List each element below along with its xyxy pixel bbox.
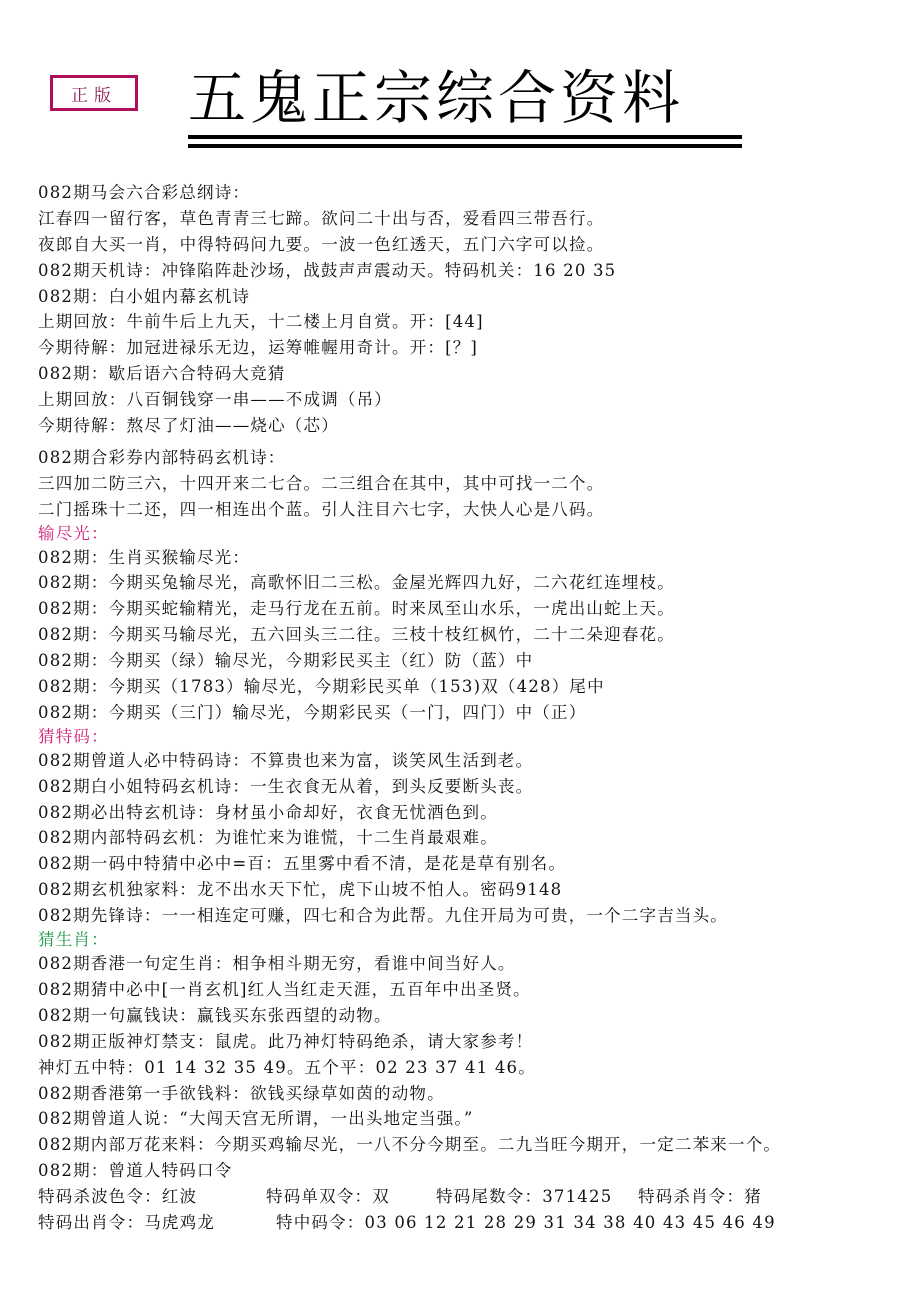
section-heading-guess-code: 猜特码： bbox=[38, 726, 888, 748]
block-internal-poem: 082期合彩券内部特码玄机诗： 三四加二防三六，十四开来二七合。二三组合在其中，… bbox=[38, 445, 888, 523]
text-line: 082期先锋诗：一一相连定可赚，四七和合为此帮。九住开局为可贵，一个二字吉当头。 bbox=[38, 903, 888, 929]
text-line: 今期待解：熬尽了灯油——烧心（芯） bbox=[38, 413, 888, 439]
text-line: 三四加二防三六，十四开来二七合。二三组合在其中，其中可找一二个。 bbox=[38, 471, 888, 497]
text-line: 082期：白小姐内幕玄机诗 bbox=[38, 284, 888, 310]
page-title: 五鬼正宗综合资料 bbox=[188, 62, 748, 134]
password-zodiac-out: 特码出肖令：马虎鸡龙 bbox=[38, 1210, 276, 1236]
text-line: 082期：今期买蛇输精光，走马行龙在五前。时来凤至山水乐，一虎出山蛇上天。 bbox=[38, 596, 888, 622]
section-lose: 输尽光： 082期：生肖买猴输尽光： 082期：今期买兔输尽光，高歌怀旧二三松。… bbox=[38, 523, 888, 726]
text-line: 082期：今期买（绿）输尽光，今期彩民买主（红）防（蓝）中 bbox=[38, 648, 888, 674]
section-heading-lose: 输尽光： bbox=[38, 523, 888, 545]
text-line: 082期白小姐特码玄机诗：一生衣食无从着，到头反要断头丧。 bbox=[38, 774, 888, 800]
title-underline-top bbox=[188, 135, 742, 139]
text-line: 082期：今期买（三门）输尽光，今期彩民买（一门，四门）中（正） bbox=[38, 700, 888, 726]
text-line: 082期曾道人说：“大闯天宫无所谓，一出头地定当强。” bbox=[38, 1106, 888, 1132]
text-line: 082期正版神灯禁支：鼠虎。此乃神灯特码绝杀，请大家参考！ bbox=[38, 1029, 888, 1055]
text-line: 082期：曾道人特码口令 bbox=[38, 1158, 888, 1184]
section-heading-guess-zodiac: 猜生肖： bbox=[38, 929, 888, 951]
text-line: 082期内部特码玄机：为谁忙来为谁慌，十二生肖最艰难。 bbox=[38, 825, 888, 851]
password-row: 特码出肖令：马虎鸡龙 特中码令：03 06 12 21 28 29 31 34 … bbox=[38, 1210, 888, 1236]
text-line: 二门摇珠十二还，四一相连出个蓝。引人注目六七字，大快人心是八码。 bbox=[38, 497, 888, 523]
text-line: 082期必出特玄机诗：身材虽小命却好，衣食无忧酒色到。 bbox=[38, 800, 888, 826]
block-general-poems: 082期马会六合彩总纲诗： 江春四一留行客，草色青青三七蹄。欲问二十出与否，爱看… bbox=[38, 180, 888, 439]
document-body: 082期马会六合彩总纲诗： 江春四一留行客，草色青青三七蹄。欲问二十出与否，爱看… bbox=[38, 180, 888, 1236]
title-underline-bottom bbox=[188, 144, 742, 148]
text-line: 082期：生肖买猴输尽光： bbox=[38, 545, 888, 571]
text-line: 今期待解：加冠进禄乐无边，运筹帷幄用奇计。开：[？] bbox=[38, 335, 888, 361]
text-line: 082期：今期买（1783）输尽光，今期彩民买单（153)双（428）尾中 bbox=[38, 674, 888, 700]
password-row: 特码杀波色令：红波 特码单双令：双 特码尾数令：371425 特码杀肖令：猪 bbox=[38, 1184, 888, 1210]
text-line: 082期马会六合彩总纲诗： bbox=[38, 180, 888, 206]
text-line: 082期曾道人必中特码诗：不算贵也来为富，谈笑风生活到老。 bbox=[38, 748, 888, 774]
password-hit-codes: 特中码令：03 06 12 21 28 29 31 34 38 40 43 45… bbox=[276, 1210, 776, 1236]
text-line: 082期玄机独家料：龙不出水天下忙，虎下山坡不怕人。密码9148 bbox=[38, 877, 888, 903]
text-line: 082期香港第一手欲钱料：欲钱买绿草如茵的动物。 bbox=[38, 1081, 888, 1107]
text-line: 082期：今期买兔输尽光，高歌怀旧二三松。金屋光辉四九好，二六花红连埋枝。 bbox=[38, 570, 888, 596]
text-line: 上期回放：牛前牛后上九天，十二楼上月自赏。开：[44] bbox=[38, 309, 888, 335]
text-line: 082期：歇后语六合特码大竞猜 bbox=[38, 361, 888, 387]
text-line: 082期：今期买马输尽光，五六回头三二往。三枝十枝红枫竹，二十二朵迎春花。 bbox=[38, 622, 888, 648]
text-line: 082期合彩券内部特码玄机诗： bbox=[38, 445, 888, 471]
text-line: 神灯五中特：01 14 32 35 49。五个平：02 23 37 41 46。 bbox=[38, 1055, 888, 1081]
password-table: 特码杀波色令：红波 特码单双令：双 特码尾数令：371425 特码杀肖令：猪 特… bbox=[38, 1184, 888, 1236]
section-guess-zodiac: 猜生肖： 082期香港一句定生肖：相争相斗期无穷，看谁中间当好人。 082期猜中… bbox=[38, 929, 888, 1184]
password-odd-even: 特码单双令：双 bbox=[266, 1184, 436, 1210]
authentic-badge: 正版 bbox=[50, 75, 138, 111]
password-tail-digits: 特码尾数令：371425 bbox=[436, 1184, 638, 1210]
text-line: 夜郎自大买一肖，中得特码问九要。一波一色红透天，五门六字可以捡。 bbox=[38, 232, 888, 258]
text-line: 082期内部万花来料：今期买鸡输尽光，一八不分今期至。二九当旺今期开，一定二苯来… bbox=[38, 1132, 888, 1158]
password-kill-zodiac: 特码杀肖令：猪 bbox=[638, 1184, 762, 1210]
text-line: 082期香港一句定生肖：相争相斗期无穷，看谁中间当好人。 bbox=[38, 951, 888, 977]
text-line: 082期一句赢钱诀：赢钱买东张西望的动物。 bbox=[38, 1003, 888, 1029]
text-line: 082期猜中必中[一肖玄机]红人当红走天涯，五百年中出圣贤。 bbox=[38, 977, 888, 1003]
section-guess-code: 猜特码： 082期曾道人必中特码诗：不算贵也来为富，谈笑风生活到老。 082期白… bbox=[38, 726, 888, 929]
text-line: 082期一码中特猜中必中=百：五里雾中看不清，是花是草有别名。 bbox=[38, 851, 888, 877]
password-wave-color: 特码杀波色令：红波 bbox=[38, 1184, 266, 1210]
text-line: 082期天机诗：冲锋陷阵赴沙场，战鼓声声震动天。特码机关：16 20 35 bbox=[38, 258, 888, 284]
text-line: 上期回放：八百铜钱穿一串——不成调（吊） bbox=[38, 387, 888, 413]
text-line: 江春四一留行客，草色青青三七蹄。欲问二十出与否，爱看四三带吾行。 bbox=[38, 206, 888, 232]
